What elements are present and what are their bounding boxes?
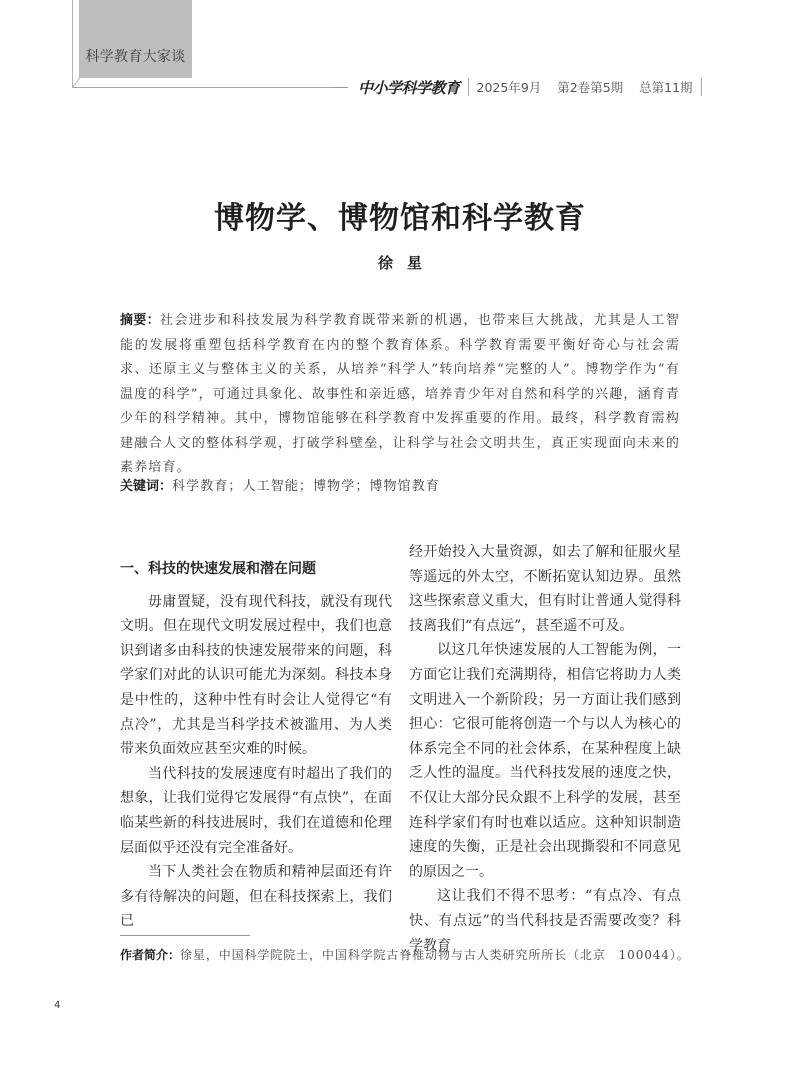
volume-issue: 第2卷第5期 (557, 80, 623, 95)
article-author: 徐星 (0, 252, 800, 273)
masthead-dash (334, 87, 348, 88)
paragraph: 当下人类社会在物质和精神层面还有许多有待解决的问题，但在科技探索上，我们已 (120, 860, 392, 934)
paragraph: 以这几年快速发展的人工智能为例，一方面它让我们充满期待，相信它将助力人类文明进入… (409, 638, 681, 884)
abstract-label: 摘要： (120, 313, 160, 328)
header-rule (72, 87, 334, 88)
paragraph: 当代科技的发展速度有时超出了我们的想象，让我们觉得它发展得“有点快”，在面临某些… (120, 762, 392, 860)
article-title: 博物学、博物馆和科学教育 (0, 193, 800, 237)
abstract: 摘要：社会进步和科技发展为科学教育既带来新的机遇，也带来巨大挑战，尤其是人工智能… (120, 309, 680, 481)
author-bio-footnote: 作者简介：徐星，中国科学院院士，中国科学院古脊椎动物与古人类研究所所长（北京 1… (120, 946, 690, 963)
masthead: 中小学科学教育 2025年9月 第2卷第5期 总第11期 (334, 75, 710, 99)
column-tab: 科学教育大家谈 (79, 0, 192, 78)
body-column-right: 经开始投入大量资源，如去了解和征服火星等遥远的外太空，不断拓宽认知边界。虽然这些… (409, 540, 681, 958)
page-number: 4 (54, 1000, 60, 1011)
keywords: 关键词：科学教育；人工智能；博物学；博物馆教育 (120, 475, 680, 499)
column-label: 科学教育大家谈 (79, 46, 192, 66)
total-issue: 总第11期 (639, 80, 692, 95)
body-column-left: 一、科技的快速发展和潜在问题 毋庸置疑，没有现代科技，就没有现代文明。但在现代文… (120, 557, 392, 934)
masthead-separator-end (701, 78, 702, 96)
footnote-text: 徐星，中国科学院院士，中国科学院古脊椎动物与古人类研究所所长（北京 100044… (180, 948, 690, 962)
issue-date: 2025年9月 (477, 80, 542, 95)
footnote-rule (120, 935, 250, 936)
section-heading: 一、科技的快速发展和潜在问题 (120, 557, 392, 582)
footnote-label: 作者简介： (120, 948, 180, 962)
keywords-label: 关键词： (120, 479, 172, 494)
issue-info: 2025年9月 第2卷第5期 总第11期 (477, 78, 693, 96)
abstract-text: 社会进步和科技发展为科学教育既带来新的机遇，也带来巨大挑战，尤其是人工智能的发展… (120, 313, 680, 475)
keywords-text: 科学教育；人工智能；博物学；博物馆教育 (172, 479, 440, 494)
paragraph: 毋庸置疑，没有现代科技，就没有现代文明。但在现代文明发展过程中，我们也意识到诸多… (120, 590, 392, 762)
paragraph: 经开始投入大量资源，如去了解和征服火星等遥远的外太空，不断拓宽认知边界。虽然这些… (409, 540, 681, 638)
masthead-separator (468, 78, 469, 96)
journal-logo: 中小学科学教育 (358, 77, 460, 98)
